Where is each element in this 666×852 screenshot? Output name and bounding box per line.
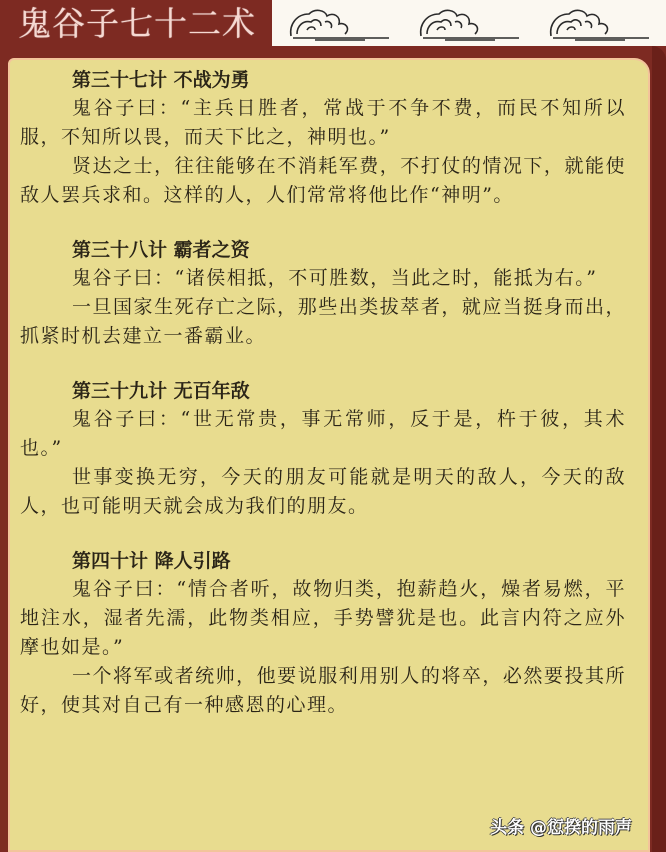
section-39: 第三十九计 无百年敌 鬼谷子曰：“世无常贵，事无常师，反于是，杵于彼，其术也。”…	[20, 377, 626, 521]
cloud-wave-icon	[545, 6, 655, 42]
section-quote: 鬼谷子曰：“诸侯相抵，不可胜数，当此之时，能抵为右。”	[20, 264, 626, 293]
section-title: 第三十七计 不战为勇	[20, 66, 626, 94]
section-title: 第三十九计 无百年敌	[20, 377, 626, 405]
section-explanation: 一个将军或者统帅，他要说服利用别人的将卒，必然要投其所好，使其对自己有一种感恩的…	[20, 662, 626, 720]
section-explanation: 一旦国家生死存亡之际，那些出类拔萃者，就应当挺身而出，抓紧时机去建立一番霸业。	[20, 293, 626, 351]
section-37: 第三十七计 不战为勇 鬼谷子曰：“主兵日胜者，常战于不争不费，而民不知所以服，不…	[20, 66, 626, 210]
section-38: 第三十八计 霸者之资 鬼谷子曰：“诸侯相抵，不可胜数，当此之时，能抵为右。” 一…	[20, 236, 626, 351]
section-explanation: 贤达之士，往往能够在不消耗军费，不打仗的情况下，就能使敌人罢兵求和。这样的人，人…	[20, 152, 626, 210]
watermark: 头条 @愆揆的雨声	[490, 813, 632, 838]
content-body: 第三十七计 不战为勇 鬼谷子曰：“主兵日胜者，常战于不争不费，而民不知所以服，不…	[20, 66, 626, 746]
section-title: 第三十八计 霸者之资	[20, 236, 626, 264]
section-explanation: 世事变换无穷，今天的朋友可能就是明天的敌人，今天的敌人，也可能明天就会成为我们的…	[20, 463, 626, 521]
section-title: 第四十计 降人引路	[20, 547, 626, 575]
cloud-wave-icon	[285, 6, 395, 42]
cloud-wave-icon	[415, 6, 525, 42]
frame-shadow-edge	[652, 46, 666, 852]
page-title: 鬼谷子七十二术	[18, 4, 256, 44]
section-quote: 鬼谷子曰：“情合者听，故物归类，抱薪趋火，燥者易燃，平地注水，湿者先濡，此物类相…	[20, 575, 626, 662]
section-quote: 鬼谷子曰：“世无常贵，事无常师，反于是，杵于彼，其术也。”	[20, 405, 626, 463]
section-40: 第四十计 降人引路 鬼谷子曰：“情合者听，故物归类，抱薪趋火，燥者易燃，平地注水…	[20, 547, 626, 720]
title-tab: 鬼谷子七十二术	[0, 0, 272, 52]
section-quote: 鬼谷子曰：“主兵日胜者，常战于不争不费，而民不知所以服，不知所以畏，而天下比之，…	[20, 94, 626, 152]
